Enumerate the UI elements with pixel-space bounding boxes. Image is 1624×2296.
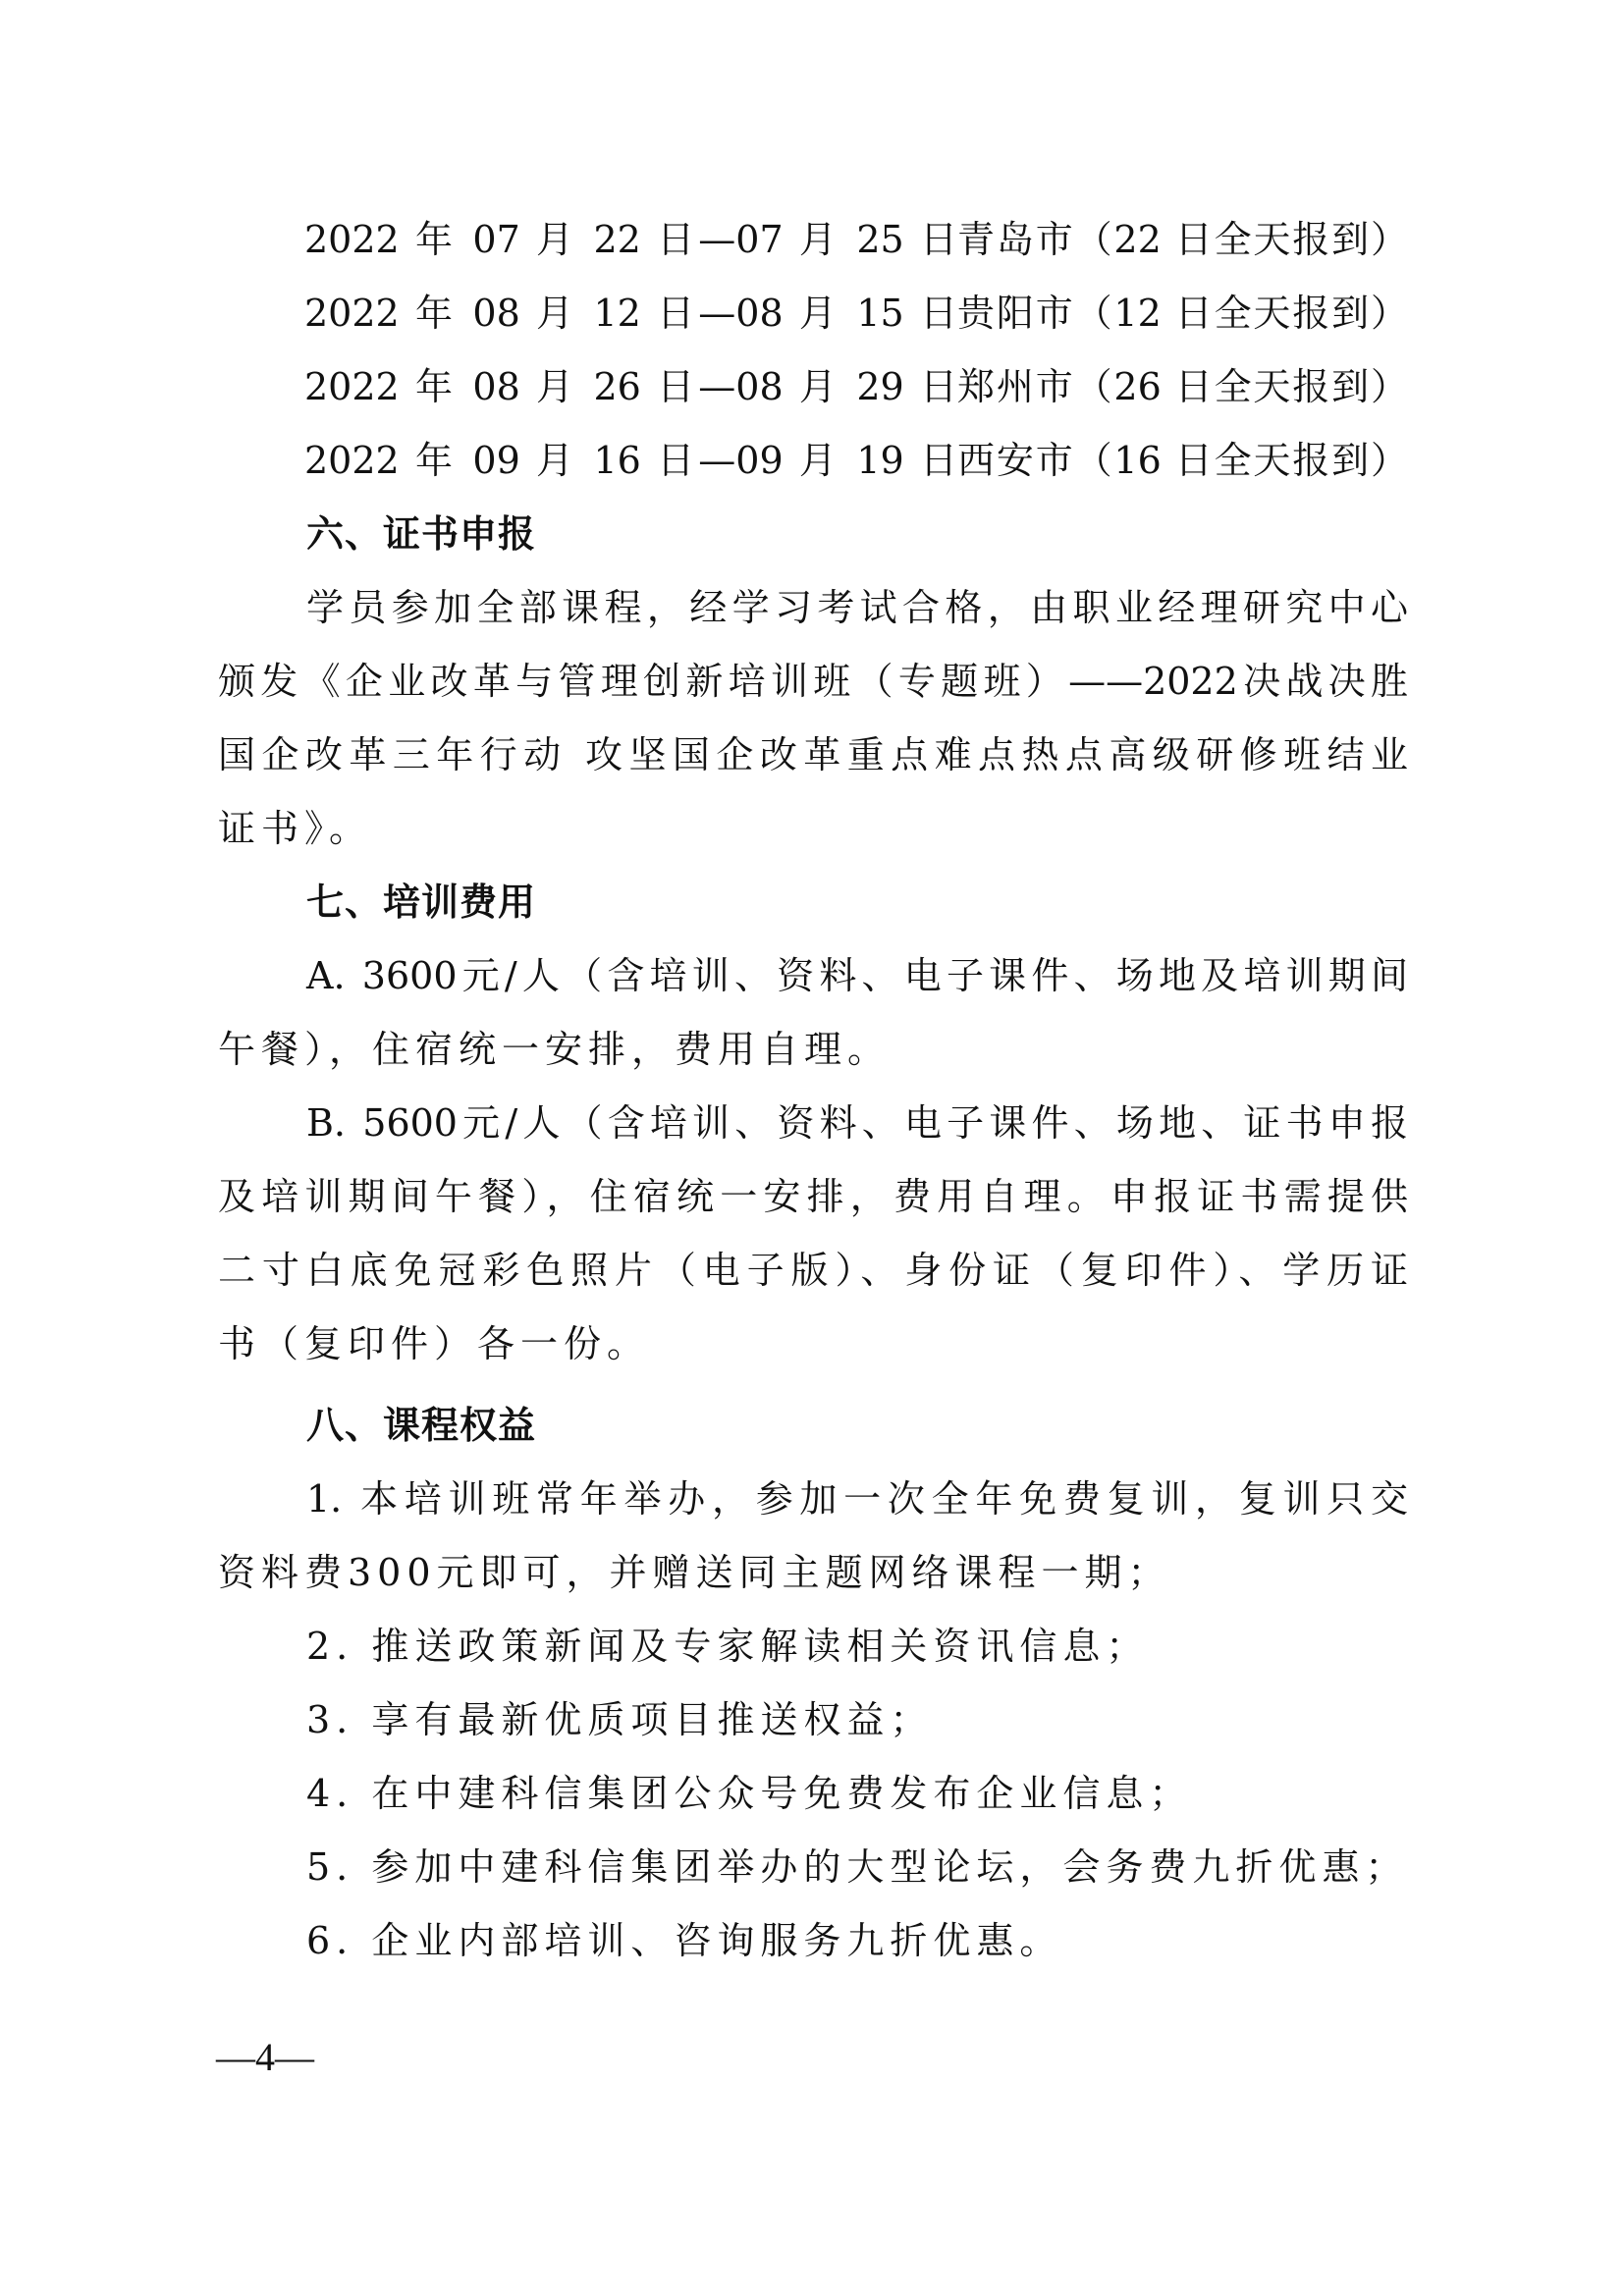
fee-option-b-line: B. 5600元/人（含培训、资料、电子课件、场地、证书申报: [218, 1087, 1408, 1160]
benefit-item: 2. 推送政策新闻及专家解读相关资讯信息；: [218, 1610, 1408, 1683]
fee-option-b-line: 书（复印件）各一份。: [218, 1308, 1408, 1381]
benefit-item: 4. 在中建科信集团公众号免费发布企业信息；: [218, 1757, 1408, 1831]
document-page: 2022 年 07 月 22 日—07 月 25 日 青岛市（22 日全天报到）…: [0, 0, 1624, 2296]
schedule-date-range: 2022 年 08 月 12 日—08 月 15 日: [304, 277, 957, 350]
schedule-city: 青岛市（22 日全天报到）: [957, 203, 1408, 277]
page-number: —4—: [216, 2034, 314, 2080]
schedule-city: 郑州市（26 日全天报到）: [957, 350, 1408, 424]
schedule-row: 2022 年 09 月 16 日—09 月 19 日 西安市（16 日全天报到）: [218, 424, 1408, 498]
benefit-item-line: 1. 本培训班常年举办，参加一次全年免费复训，复训只交: [218, 1463, 1408, 1536]
paragraph-line: 颁发《企业改革与管理创新培训班（专题班）——2022决战决胜: [218, 645, 1408, 719]
benefit-item: 3. 享有最新优质项目推送权益；: [218, 1683, 1408, 1757]
page-content: 2022 年 07 月 22 日—07 月 25 日 青岛市（22 日全天报到）…: [218, 203, 1408, 1978]
schedule-city: 西安市（16 日全天报到）: [957, 424, 1408, 498]
schedule-row: 2022 年 08 月 26 日—08 月 29 日 郑州市（26 日全天报到）: [218, 350, 1408, 424]
schedule-row: 2022 年 08 月 12 日—08 月 15 日 贵阳市（12 日全天报到）: [218, 277, 1408, 350]
schedule-city: 贵阳市（12 日全天报到）: [957, 277, 1408, 350]
section-heading-certificate: 六、证书申报: [218, 498, 1408, 571]
schedule-row: 2022 年 07 月 22 日—07 月 25 日 青岛市（22 日全天报到）: [218, 203, 1408, 277]
benefit-item: 6. 企业内部培训、咨询服务九折优惠。: [218, 1904, 1408, 1978]
schedule-date-range: 2022 年 09 月 16 日—09 月 19 日: [304, 424, 957, 498]
fee-option-a-line: 午餐），住宿统一安排，费用自理。: [218, 1013, 1408, 1087]
benefit-item: 5. 参加中建科信集团举办的大型论坛，会务费九折优惠；: [218, 1831, 1408, 1904]
benefit-item-line: 资料费300元即可，并赠送同主题网络课程一期；: [218, 1536, 1408, 1610]
fee-option-b-line: 二寸白底免冠彩色照片（电子版）、身份证（复印件）、学历证: [218, 1234, 1408, 1308]
fee-option-b-line: 及培训期间午餐），住宿统一安排，费用自理。申报证书需提供: [218, 1160, 1408, 1234]
paragraph-line: 学员参加全部课程，经学习考试合格，由职业经理研究中心: [218, 571, 1408, 645]
section-heading-benefits: 八、课程权益: [218, 1389, 1408, 1463]
paragraph-line: 证书》。: [218, 792, 1408, 866]
paragraph-line: 国企改革三年行动 攻坚国企改革重点难点热点高级研修班结业: [218, 719, 1408, 792]
fee-option-a-line: A. 3600元/人（含培训、资料、电子课件、场地及培训期间: [218, 939, 1408, 1013]
schedule-date-range: 2022 年 07 月 22 日—07 月 25 日: [304, 203, 957, 277]
section-heading-fees: 七、培训费用: [218, 866, 1408, 939]
schedule-date-range: 2022 年 08 月 26 日—08 月 29 日: [304, 350, 957, 424]
